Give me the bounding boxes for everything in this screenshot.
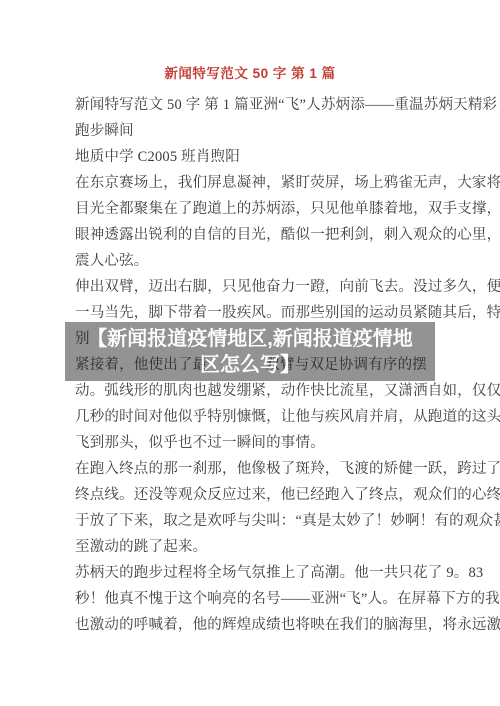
text-line: 秒！他真不愧于这个响亮的名号——亚洲“飞”人。在屏幕下方的我们: [75, 586, 427, 612]
text-line: 眼神透露出锐利的自信的目光，酷似一把利剑，刺入观众的心里，: [75, 222, 427, 248]
text-line: 目光全都聚集在了跑道上的苏炳添，只见他单膝着地，双手支撑，: [75, 196, 427, 222]
text-line: 在东京赛场上，我们屏息凝神，紧盯荧屏，场上鸦雀无声，大家将: [75, 170, 427, 196]
text-line: 动。弧线形的肌肉也越发绷紧，动作快比流星，又潇洒自如，仅仅: [75, 378, 427, 404]
text-line: 震人心弦。: [75, 248, 427, 274]
text-line: 新闻特写范文 50 字 第 1 篇亚洲“飞”人苏炳添——重温苏炳天精彩: [75, 92, 427, 118]
document-page: 新闻特写范文 50 字 第 1 篇 新闻特写范文 50 字 第 1 篇亚洲“飞”…: [0, 0, 500, 706]
text-line: 地质中学 C2005 班肖煦阳: [75, 144, 427, 170]
document-title: 新闻特写范文 50 字 第 1 篇: [0, 62, 500, 82]
text-line: 飞到那头，似乎也不过一瞬间的事情。: [75, 430, 427, 456]
text-line: 终点线。还没等观众反应过来，他已经跑入了终点，观众们的心终: [75, 482, 427, 508]
watermark-overlay: 【新闻报道疫情地区,新闻报道疫情地 区怎么写】: [65, 322, 435, 381]
text-line: 至激动的跳了起来。: [75, 534, 427, 560]
text-line: 于放了下来，取之是欢呼与尖叫：“真是太妙了！妙啊！有的观众甚: [75, 508, 427, 534]
text-line: 跑步瞬间: [75, 118, 427, 144]
text-line: 苏柄天的跑步过程将全场气氛推上了高潮。他一共只花了 9。83: [75, 560, 427, 586]
text-line: 几秒的时间对他似乎特别慷慨，让他与疾风肩并肩，从跑道的这头: [75, 404, 427, 430]
text-line: 在跑入终点的那一刹那，他像极了斑羚，飞渡的矫健一跃，跨过了: [75, 456, 427, 482]
watermark-text-line: 【新闻报道疫情地区,新闻报道疫情地: [87, 326, 413, 352]
text-line: 也激动的呼喊着，他的辉煌成绩也将映在我们的脑海里，将永远激: [75, 612, 427, 638]
watermark-text-line: 区怎么写】: [200, 352, 300, 378]
text-line: 伸出双臂，迈出右脚，只见他奋力一蹬，向前飞去。没过多久，便: [75, 274, 427, 300]
